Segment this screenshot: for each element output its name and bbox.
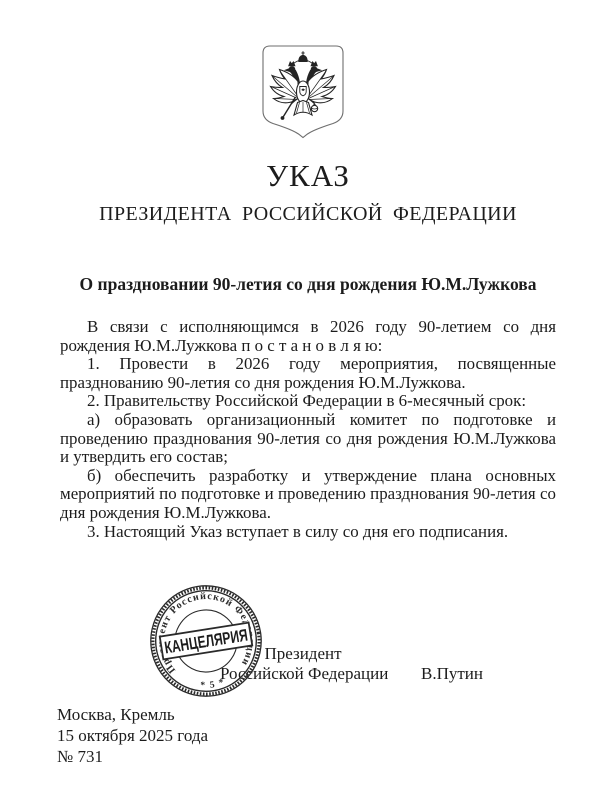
- footer-date: 15 октября 2025 года: [57, 725, 208, 746]
- decree-issuer-heading: ПРЕЗИДЕНТА РОССИЙСКОЙ ФЕДЕРАЦИИ: [0, 203, 616, 225]
- decree-paragraph: а) образовать организационный комитет по…: [60, 411, 556, 467]
- footer-number: № 731: [57, 746, 208, 767]
- decree-footer: Москва, Кремль 15 октября 2025 года № 73…: [57, 704, 208, 767]
- russia-coat-of-arms-icon: [262, 45, 344, 139]
- footer-place: Москва, Кремль: [57, 704, 208, 725]
- stamp-bottom-text: * 5 *: [198, 677, 227, 693]
- decree-page: УКАЗ ПРЕЗИДЕНТА РОССИЙСКОЙ ФЕДЕРАЦИИ О п…: [0, 0, 616, 791]
- chancellery-stamp-icon: Президент Российской Федерации * 5 * КАН…: [140, 575, 273, 708]
- signature-name: В.Путин: [421, 664, 483, 684]
- double-headed-eagle-icon: [271, 51, 336, 119]
- decree-paragraph: 2. Правительству Российской Федерации в …: [60, 392, 556, 411]
- decree-paragraph: 3. Настоящий Указ вступает в силу со дня…: [60, 523, 556, 542]
- decree-paragraph: В связи с исполняющимся в 2026 году 90-л…: [60, 318, 556, 355]
- decree-title: О праздновании 90-летия со дня рождения …: [0, 275, 616, 294]
- decree-paragraph: б) обеспечить разработку и утверждение п…: [60, 467, 556, 523]
- decree-body: В связи с исполняющимся в 2026 году 90-л…: [60, 318, 556, 541]
- decree-paragraph: 1. Провести в 2026 году мероприятия, пос…: [60, 355, 556, 392]
- decree-kind-heading: УКАЗ: [0, 160, 616, 191]
